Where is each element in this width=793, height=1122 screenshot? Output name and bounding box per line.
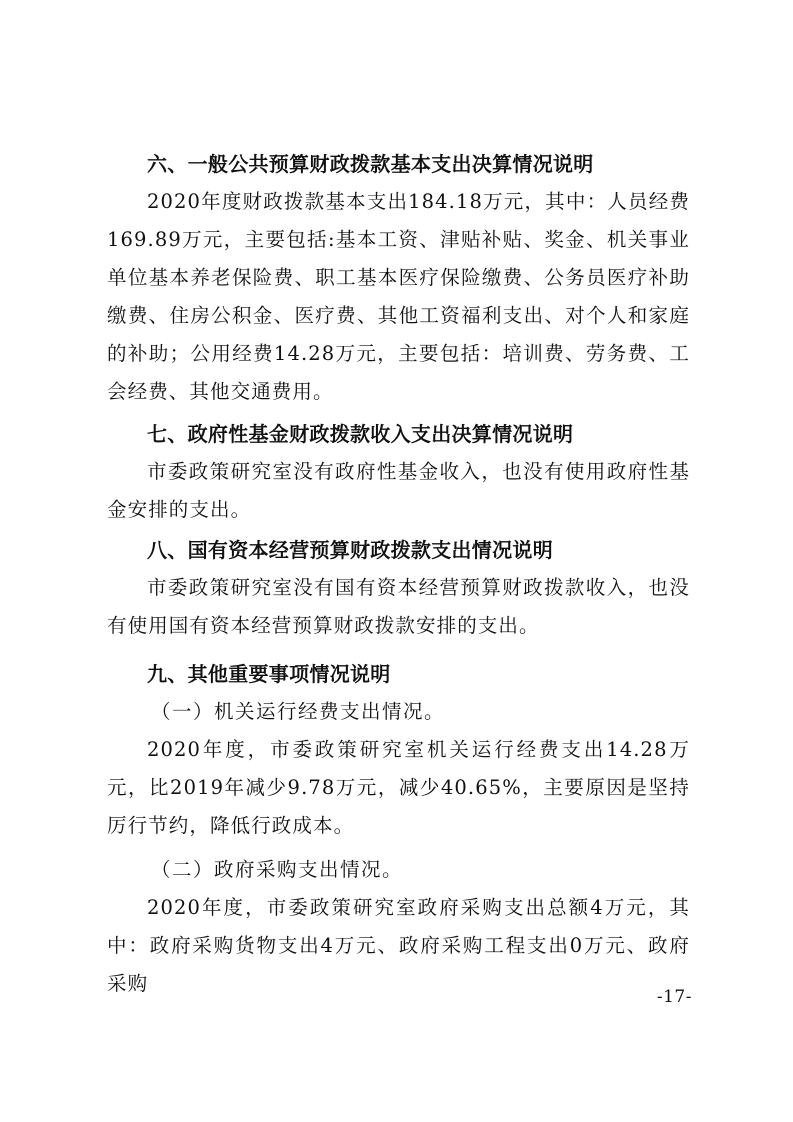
subsection-operating-expenses: （一）机关运行经费支出情况。 2020年度，市委政策研究室机关运行经费支出14.…: [107, 693, 690, 845]
document-body: 六、一般公共预算财政拨款基本支出决算情况说明 2020年度财政拨款基本支出184…: [107, 145, 690, 1003]
section-state-capital: 八、国有资本经营预算财政拨款支出情况说明 市委政策研究室没有国有资本经营预算财政…: [107, 531, 690, 645]
subsection-government-procurement: （二）政府采购支出情况。 2020年度，市委政策研究室政府采购支出总额4万元，其…: [107, 851, 690, 1003]
section-general-budget-basic-expenditure: 六、一般公共预算财政拨款基本支出决算情况说明 2020年度财政拨款基本支出184…: [107, 145, 690, 411]
document-page: 六、一般公共预算财政拨款基本支出决算情况说明 2020年度财政拨款基本支出184…: [0, 0, 793, 1122]
subsection-title: （一）机关运行经费支出情况。: [107, 693, 690, 731]
section-heading: 九、其他重要事项情况说明: [107, 655, 690, 693]
subsection-title: （二）政府采购支出情况。: [107, 851, 690, 889]
section-government-fund: 七、政府性基金财政拨款收入支出决算情况说明 市委政策研究室没有政府性基金收入，也…: [107, 415, 690, 529]
section-paragraph: 2020年度财政拨款基本支出184.18万元，其中：人员经费169.89万元，主…: [107, 183, 690, 411]
subsection-paragraph: 2020年度，市委政策研究室政府采购支出总额4万元，其中：政府采购货物支出4万元…: [107, 889, 690, 1003]
section-heading: 七、政府性基金财政拨款收入支出决算情况说明: [107, 415, 690, 453]
subsection-paragraph: 2020年度，市委政策研究室机关运行经费支出14.28万元，比2019年减少9.…: [107, 731, 690, 845]
section-heading: 六、一般公共预算财政拨款基本支出决算情况说明: [107, 145, 690, 183]
section-other-important-matters: 九、其他重要事项情况说明 （一）机关运行经费支出情况。 2020年度，市委政策研…: [107, 655, 690, 1003]
section-heading: 八、国有资本经营预算财政拨款支出情况说明: [107, 531, 690, 569]
section-paragraph: 市委政策研究室没有政府性基金收入，也没有使用政府性基金安排的支出。: [107, 453, 690, 529]
page-number: -17-: [657, 987, 692, 1007]
section-paragraph: 市委政策研究室没有国有资本经营预算财政拨款收入，也没有使用国有资本经营预算财政拨…: [107, 569, 690, 645]
